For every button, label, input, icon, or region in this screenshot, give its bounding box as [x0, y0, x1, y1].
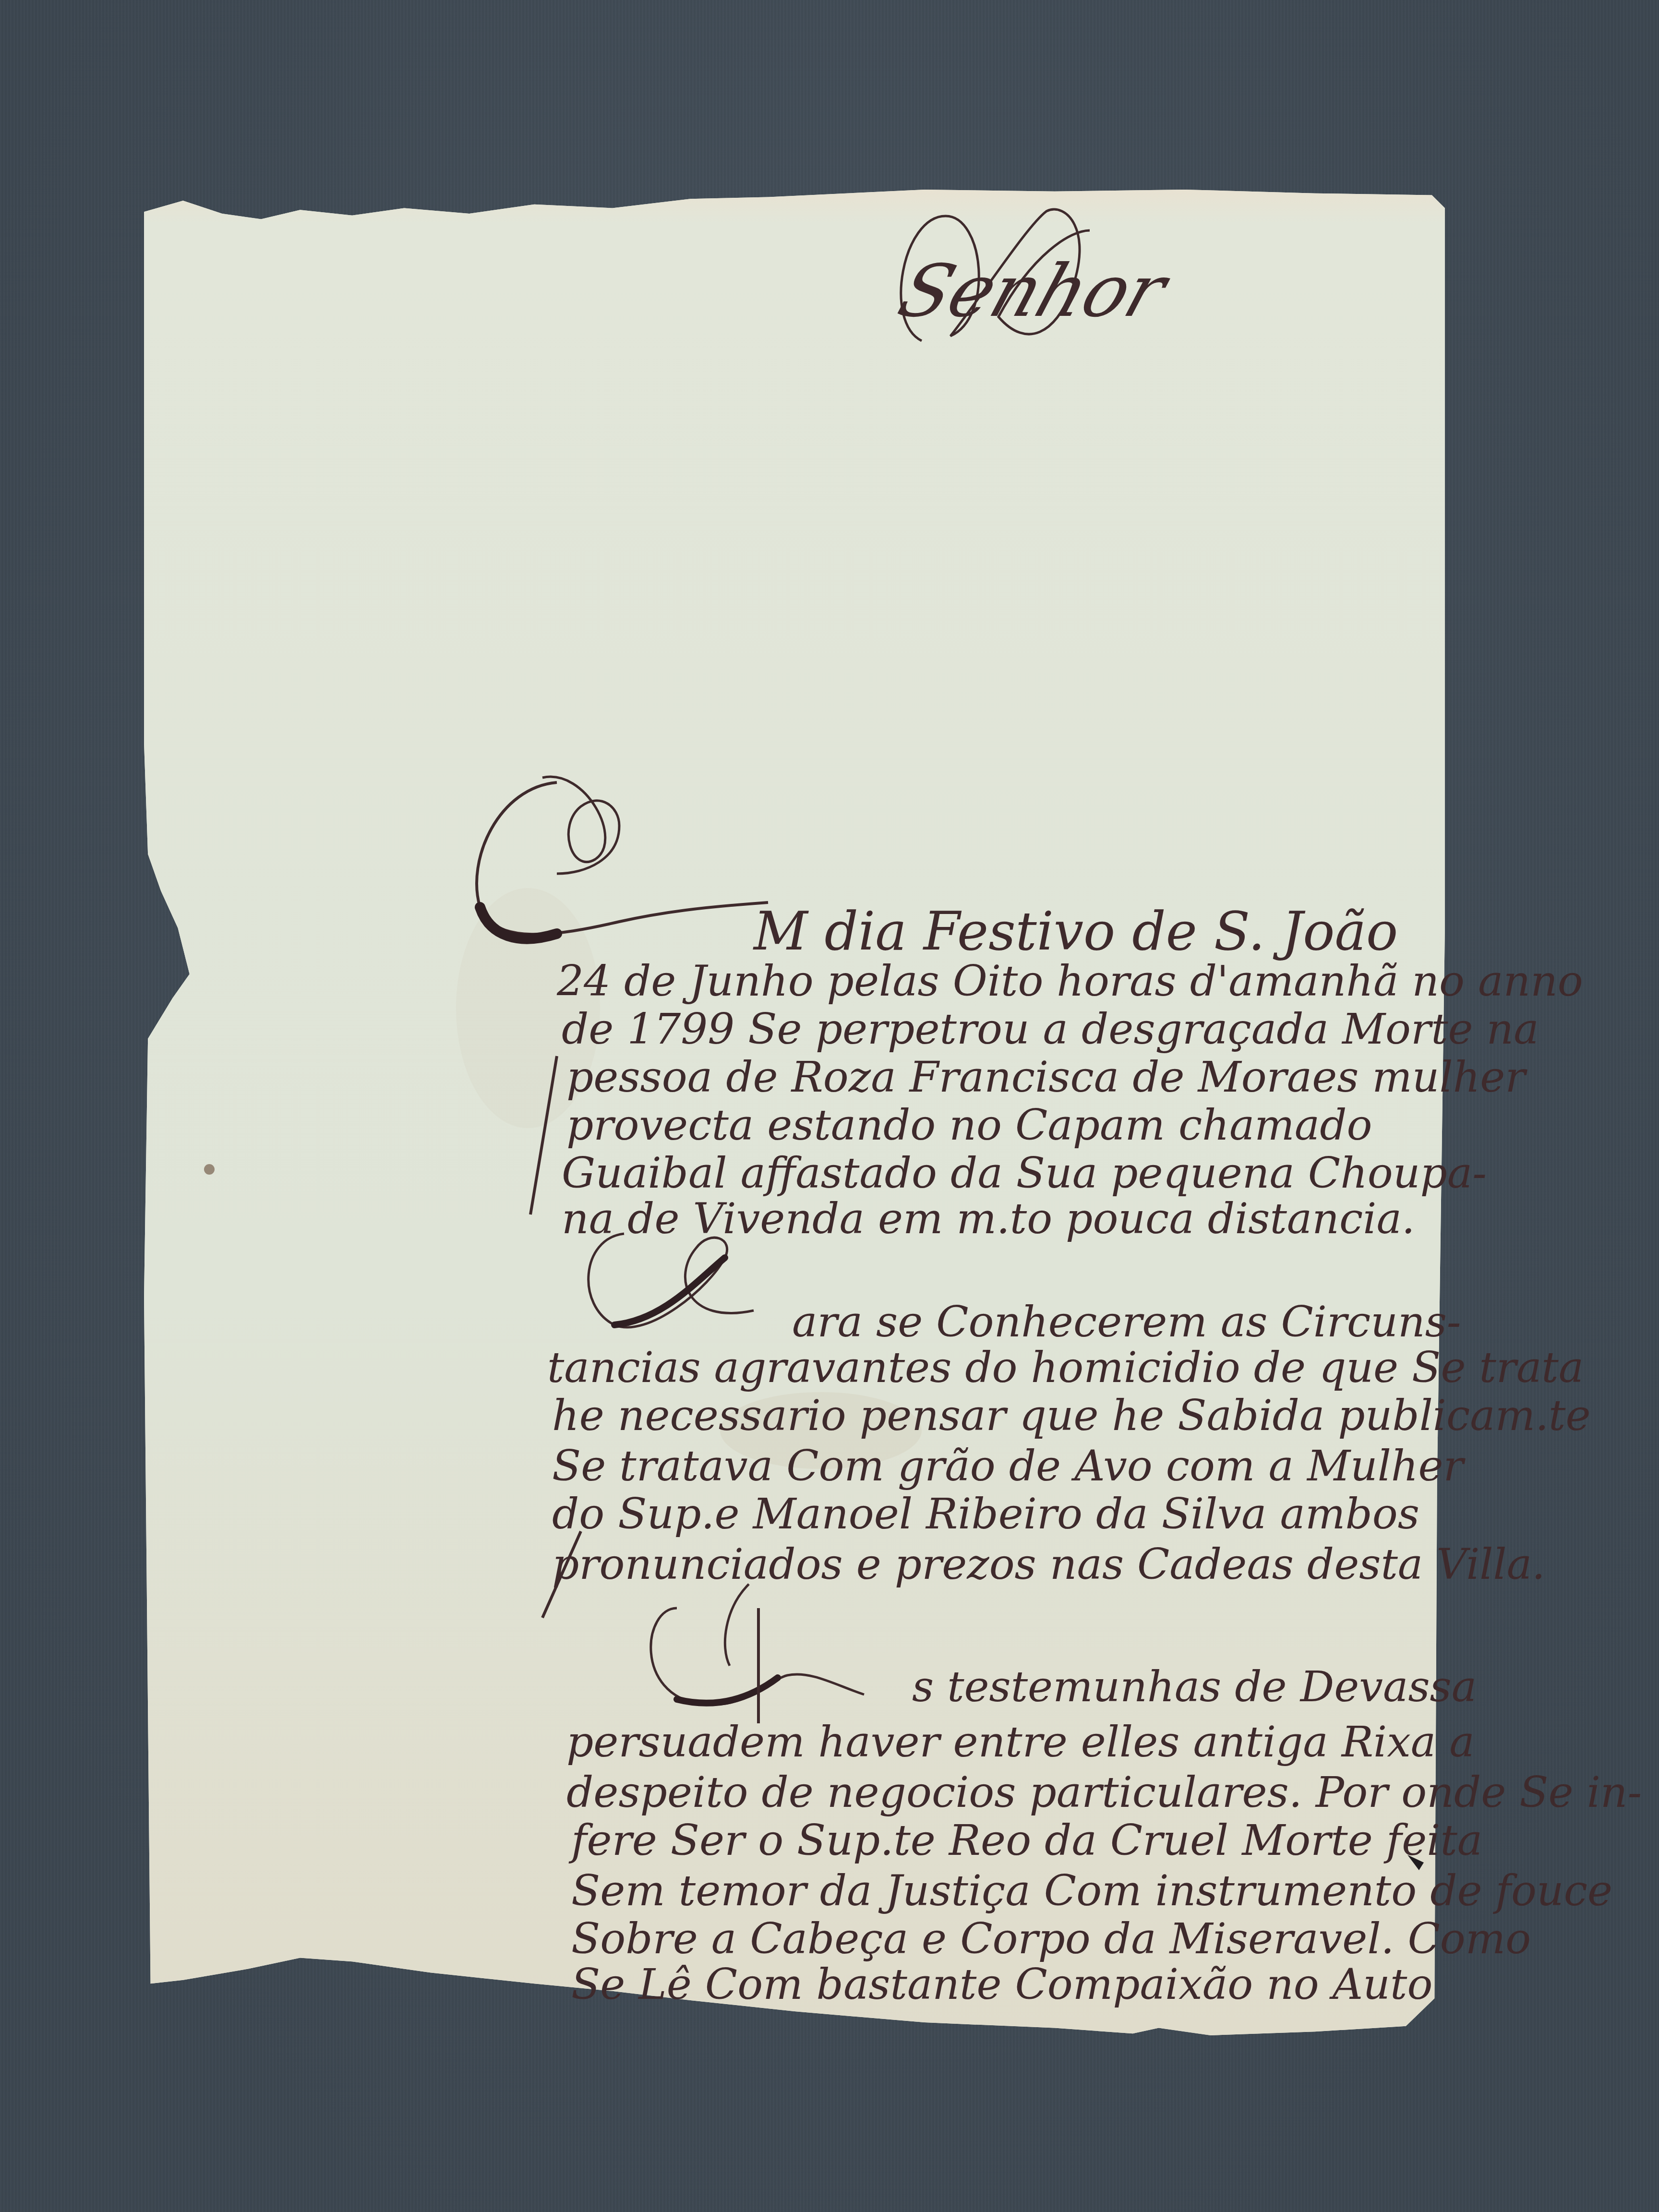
letter-line: Sem temor da Justiça Com instrumento de … [571, 1870, 1612, 1912]
letter-line: M dia Festivo de S. João [754, 905, 1398, 958]
letter-line: persuadem haver entre elles antiga Rixa … [566, 1721, 1475, 1763]
letter-line: Se tratava Com grão de Avo com a Mulher [552, 1445, 1464, 1487]
letter-line: s testemunhas de Devassa [912, 1666, 1477, 1708]
letter-line: provecta estando no Capam chamado [566, 1104, 1372, 1146]
letter-line: tancias agravantes do homicidio de que S… [547, 1346, 1584, 1389]
salutation: Senhor [889, 250, 1176, 333]
letter-line: despeito de negocios particulares. Por o… [566, 1771, 1642, 1814]
letter-line: de 1799 Se perpetrou a desgraçada Morte … [562, 1008, 1539, 1050]
letter-line: fere Ser o Sup.te Reo da Cruel Morte fei… [571, 1819, 1482, 1862]
letter-line: 24 de Junho pelas Oito horas d'amanhã no… [557, 960, 1583, 1002]
letter-line: do Sup.e Manoel Ribeiro da Silva ambos [552, 1493, 1419, 1535]
letter-line: ara se Conhecerem as Circuns- [792, 1301, 1461, 1343]
letter-line: he necessario pensar que he Sabida publi… [552, 1395, 1591, 1437]
letter-line: Sobre a Cabeça e Corpo da Miseravel. Com… [571, 1918, 1531, 1960]
letter-line: na de Vivenda em m.to pouca distancia. [562, 1198, 1415, 1240]
letter-line: pessoa de Roza Francisca de Moraes mulhe… [566, 1056, 1525, 1098]
letter-line: Guaibal affastado da Sua pequena Choupa- [562, 1152, 1487, 1194]
letter-line: pronunciados e prezos nas Cadeas desta V… [552, 1543, 1545, 1586]
letter-line: Se Lê Com bastante Compaixão no Auto [571, 1963, 1432, 2006]
